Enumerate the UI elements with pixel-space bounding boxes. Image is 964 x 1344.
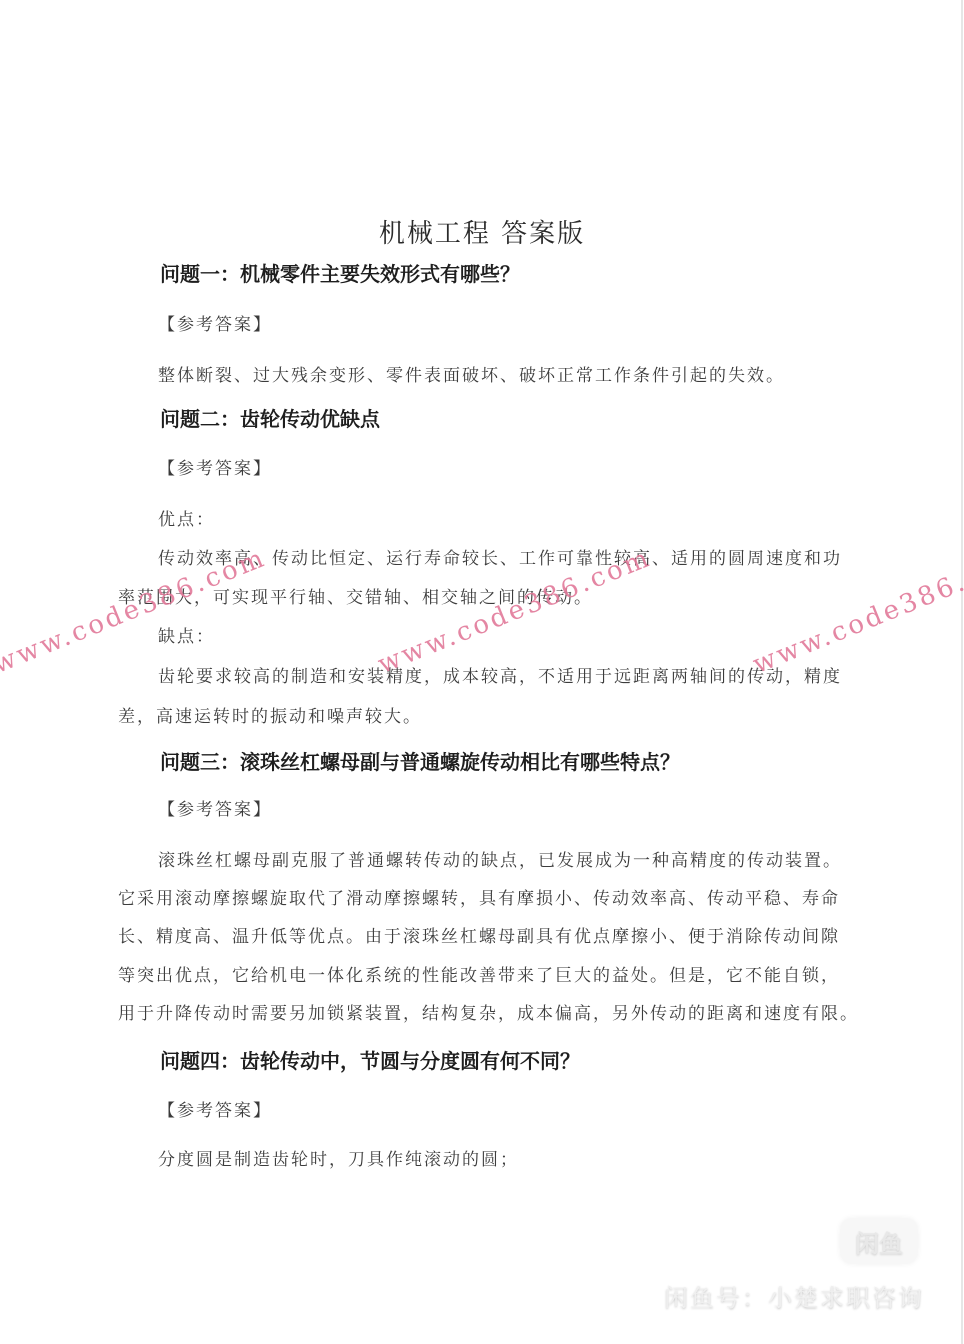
question-4-ref-label: 【参考答案】 [158,1096,272,1121]
question-2-heading: 问题二：齿轮传动优缺点 [160,403,380,432]
question-1-heading: 问题一：机械零件主要失效形式有哪些？ [160,258,520,287]
xianyu-logo-badge: 闲鱼 [840,1218,918,1264]
question-2-ref-label: 【参考答案】 [158,454,272,479]
question-3-answer-line: 滚珠丝杠螺母副克服了普通螺转传动的缺点，已发展成为一种高精度的传动装置。 [158,846,842,871]
watermark-text: www.code386.com [0,543,271,680]
question-2-cons-label: 缺点： [158,622,215,647]
xianyu-id-watermark: 闲鱼号：小楚求职咨询 [664,1278,924,1313]
page-title: 机械工程 答案版 [0,213,964,250]
question-3-answer-line: 用于升降传动时需要另加锁紧装置，结构复杂，成本偏高，另外传动的距离和速度有限。 [118,999,859,1024]
question-4-heading: 问题四：齿轮传动中，节圆与分度圆有何不同？ [160,1045,580,1074]
question-1-answer-line: 整体断裂、过大残余变形、零件表面破坏、破坏正常工作条件引起的失效。 [158,361,785,386]
question-3-answer-line: 长、精度高、温升低等优点。由于滚珠丝杠螺母副具有优点摩擦小、便于消除传动间隙 [118,922,840,947]
question-3-ref-label: 【参考答案】 [158,795,272,820]
question-4-answer-line: 分度圆是制造齿轮时，刀具作纯滚动的圆； [158,1145,519,1170]
question-1-ref-label: 【参考答案】 [158,310,272,335]
question-3-heading: 问题三：滚珠丝杠螺母副与普通螺旋传动相比有哪些特点？ [160,746,680,775]
question-3-answer-line: 它采用滚动摩擦螺旋取代了滑动摩擦螺转，具有摩损小、传动效率高、传动平稳、寿命 [118,884,840,909]
question-3-answer-line: 等突出优点，它给机电一体化系统的性能改善带来了巨大的益处。但是，它不能自锁， [118,961,840,986]
question-2-pros-label: 优点： [158,505,215,530]
page-edge-divider [961,0,963,1344]
question-2-cons-line: 差，高速运转时的振动和噪声较大。 [118,702,422,727]
question-2-cons-line: 齿轮要求较高的制造和安装精度，成本较高，不适用于远距离两轴间的传动，精度 [158,662,842,687]
